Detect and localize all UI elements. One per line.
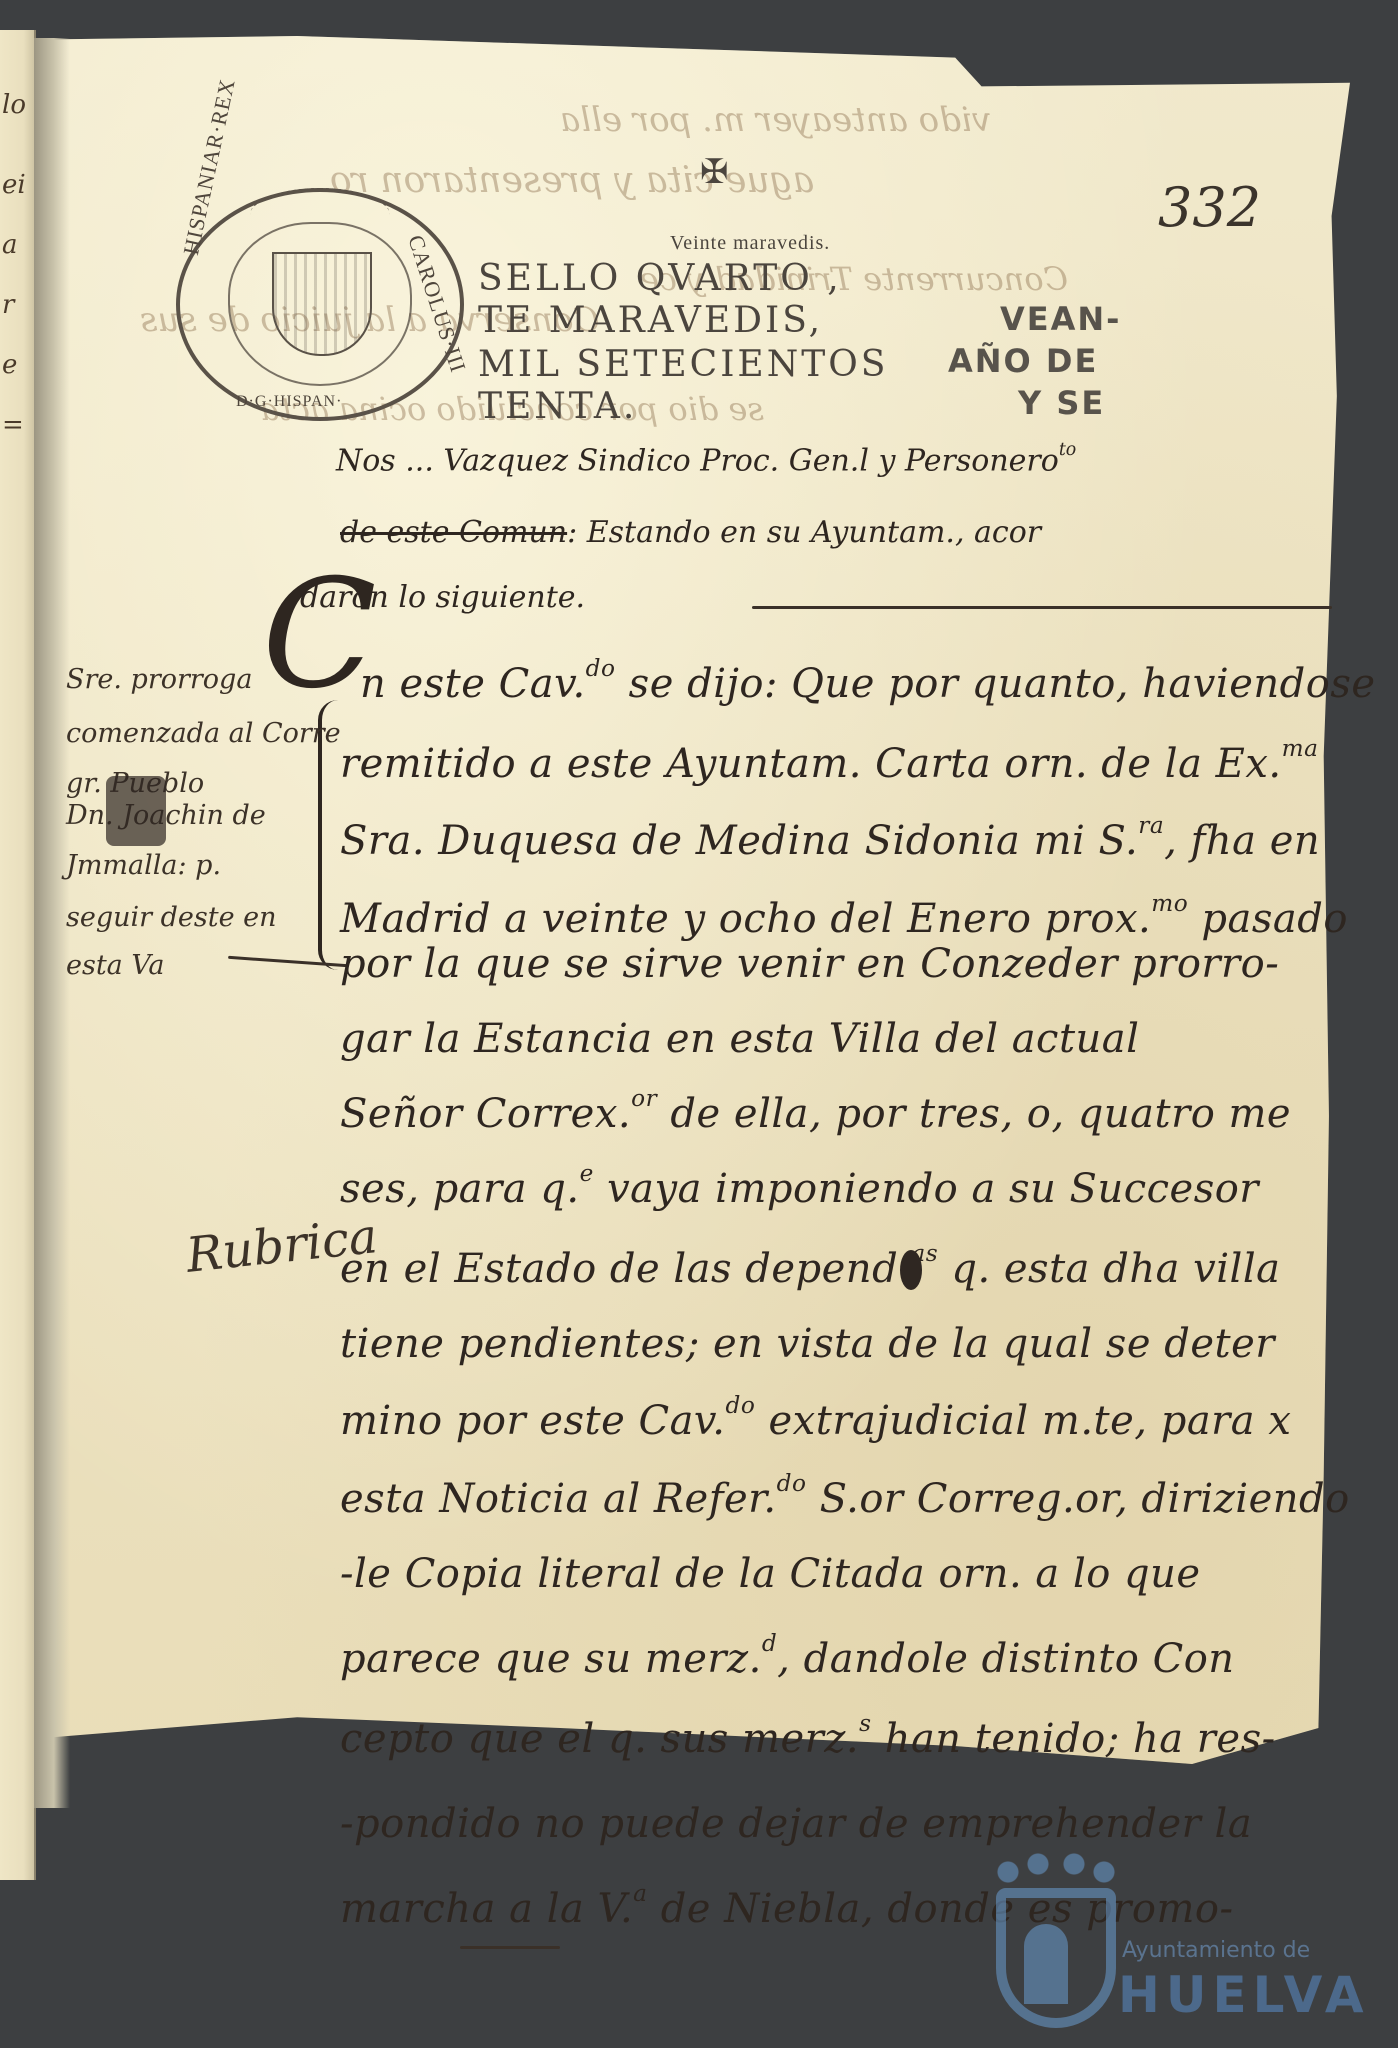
crown-icon [996,1848,1116,1888]
bleed-through-text: vido anteayer m. por ella [560,100,991,140]
margin-note-line: Sre. prorroga [66,664,252,695]
cross-icon: ✠ [700,152,732,192]
body-line: Señor Correx.or de ella, por tres, o, qu… [340,1085,1291,1137]
royal-seal-stamp: HISPANIAR·REX CAROLUS·III D·G·HISPAN· [176,188,464,421]
margin-note-line: comenzada al Corre [66,718,341,749]
left-page-fragment: a [2,230,18,260]
left-page-fragment: = [2,410,24,440]
body-line: remitido a este Ayuntam. Carta orn. de l… [340,735,1318,787]
margin-note-line: seguir deste en [66,902,277,933]
huelva-coat-of-arms-icon [986,1848,1126,2038]
header-rule [752,606,1332,609]
ink-blot [900,1250,922,1290]
stamp-value: Veinte maravedis. [670,232,830,255]
body-line: gar la Estancia en esta Villa del actual [340,1010,1139,1062]
overstamp-line: AÑO DE [948,342,1098,380]
body-line: cepto que el q. sus merz.s han tenido; h… [340,1710,1276,1762]
binding-shadow [34,38,70,1808]
seal-legend-bottom: D·G·HISPAN· [236,393,342,411]
stamp-line: TENTA. [478,386,637,427]
adjacent-page-edge: lo ei a r e = [0,30,36,1880]
body-line: por la que se sirve venir en Conzeder pr… [340,935,1279,987]
bleed-through-text: ague cita y presentaron ro [330,160,814,201]
body-line: parece que su merz.d, dandole distinto C… [340,1630,1235,1682]
body-line: mino por este Cav.do extrajudicial m.te,… [340,1392,1291,1444]
body-line: esta Noticia al Refer.do S.or Correg.or,… [340,1470,1350,1522]
overstamp-line: Y SE [1018,384,1105,422]
bottom-rule [460,1946,560,1949]
folio-number: 332 [1158,176,1261,239]
body-line: -le Copia literal de la Citada orn. a lo… [340,1545,1201,1597]
body-line: -pondido no puede dejar de emprehender l… [340,1795,1252,1847]
body-line: Sra. Duquesa de Medina Sidonia mi S.ra, … [340,812,1320,864]
tower-icon [1024,1924,1068,2004]
margin-note-line: esta Va [66,950,164,981]
ink-blot [106,776,166,846]
overstamp-line: VEAN- [1000,300,1121,338]
left-page-fragment: e [2,350,17,380]
left-page-fragment: ei [2,170,26,200]
margin-note-line: Jmmalla: p. [66,850,221,881]
left-page-fragment: lo [2,90,26,120]
watermark-city: HUELVA [1118,1966,1370,2024]
header-line: Nos ... Vazquez Sindico Proc. Gen.l y Pe… [336,440,1076,479]
header-line: de este Comun: Estando en su Ayuntam., a… [340,515,1041,550]
body-line: ses, para q.e vaya imponiendo a su Succe… [340,1160,1259,1212]
body-line: n este Cav.do se dijo: Que por quanto, h… [360,655,1376,707]
left-page-fragment: r [2,290,14,320]
stamp-line: SELLO QVARTO , [478,258,842,299]
watermark-line: Ayuntamiento de [1122,1938,1310,1963]
stamp-line: MIL SETECIENTOS [478,344,888,385]
body-line: tiene pendientes; en vista de la qual se… [340,1315,1275,1367]
coat-of-arms-icon [272,252,372,356]
struck-text: de este Comun [340,515,567,550]
body-line: en el Estado de las depend.as q. esta dh… [340,1240,1280,1292]
stamp-line: TE MARAVEDIS, [478,300,823,341]
